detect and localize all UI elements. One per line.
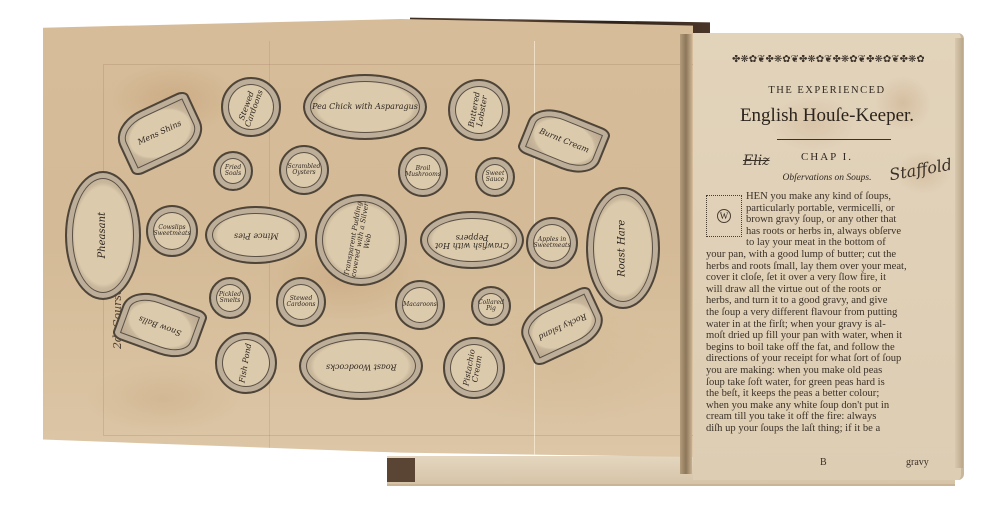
text-page: ✤❋✿❦✤❋✿❦✤❋✿❦✤❋✿❦✤❋✿❦✤❋✿❦ THE EXPERIENCED… (693, 33, 964, 480)
text-line: diſh up your ſoups the laſt thing; if it… (706, 423, 949, 435)
dish-round: Buttered Lobster (448, 79, 510, 141)
text-line: directions of your receipt for what ſort… (706, 353, 949, 365)
text-line: the ſoup a very different flavour from p… (706, 307, 949, 319)
text-line: begins to boil take off the fat, and fol… (706, 342, 949, 354)
dish-label: Mens Shins (133, 118, 187, 149)
engraved-plate: 2d. Course Mens Shins Stewed Cardoons Pe… (43, 19, 693, 457)
dish-round: Fish Pond (215, 332, 277, 394)
text-line: has roots or herbs in, always obſerve (706, 226, 949, 238)
text-line: cover it cloſe, ſet it over a very ſlow … (706, 272, 949, 284)
dish-round: Pickled Smelts (209, 277, 251, 319)
dish-round: Collared Pig (471, 286, 511, 326)
text-line: when you make any white ſoup don't put i… (706, 400, 949, 412)
text-line: water in at the firſt; when your gravy i… (706, 319, 949, 331)
dish-label: Cowslips Sweetmeats (148, 225, 196, 238)
dish-label: Buttered Lobster (466, 80, 493, 140)
text-line: to lay your meat in the bottom of (706, 237, 949, 249)
text-line: brown gravy ſoup, or any other that (706, 214, 949, 226)
dish-label: Scrambled Oysters (281, 164, 327, 177)
title-small: THE EXPERIENCED (693, 85, 961, 96)
dish-label: Sweet Sauce (477, 171, 513, 184)
dish-label: Rocky Island (533, 309, 591, 342)
dish-label: Roast Woodcocks (322, 362, 401, 370)
dish-round: Sweet Sauce (475, 157, 515, 197)
dish-round: Transparent Pudding covered with a Silve… (315, 194, 407, 286)
page-stack-edge (955, 38, 963, 468)
dish-label: Collared Pig (473, 300, 509, 313)
body-text: HEN you make any kind of ſoups, particul… (706, 191, 949, 434)
dish-round: Broil Mushrooms (398, 147, 448, 197)
text-line: you are making: when you make old peas (706, 365, 949, 377)
text-line: herbs, and turn it to a good gravy, and … (706, 295, 949, 307)
dish-oval: Roast Hare (586, 187, 660, 309)
dish-round: Scrambled Oysters (279, 145, 329, 195)
dish-oval: Pea Chick with Asparagus (303, 74, 427, 140)
dish-oval: Pheasant (65, 171, 141, 300)
text-line: HEN you make any kind of ſoups, (706, 191, 949, 203)
dish-oval: Roast Woodcocks (299, 332, 423, 400)
dish-label: Stewed Cardoons (234, 78, 269, 136)
dish-label: Transparent Pudding covered with a Silve… (343, 195, 380, 285)
dish-label: Fish Pond (238, 339, 255, 388)
title-rule (777, 139, 891, 140)
text-line: will draw all the virtue out of the root… (706, 284, 949, 296)
text-line: particularly portable, vermicelli, or (706, 203, 949, 215)
dish-round: Stewed Cardoons (221, 77, 281, 137)
text-line: your pan, with a good lump of butter; cu… (706, 249, 949, 261)
dish-label: Snow Balls (134, 312, 186, 338)
dish-label: Pistachio Cream (461, 338, 488, 398)
dish-round: Fried Soals (213, 151, 253, 191)
dish-round: Macaroons (395, 280, 445, 330)
dish-label: Pheasant (98, 208, 109, 263)
head-ornament: ✤❋✿❦✤❋✿❦✤❋✿❦✤❋✿❦✤❋✿❦✤❋✿❦ (732, 55, 924, 65)
dish-label: Broil Mushrooms (400, 166, 446, 179)
dish-round: Apples in Sweetmeats (526, 217, 578, 269)
text-line: herbs and roots ſmall, lay them over you… (706, 261, 949, 273)
dish-label: Mince Pies (230, 231, 282, 239)
signature-mark: B (820, 457, 827, 468)
text-line: cream till you take it off the fire: alw… (706, 411, 949, 423)
spine-gutter (680, 34, 692, 474)
dish-label: Stewed Cardoons (278, 296, 324, 309)
dish-label: Burnt Cream (534, 126, 594, 157)
dish-label: Crawfish with Hot Peppers (422, 232, 522, 249)
dish-label: Pea Chick with Asparagus (308, 103, 422, 111)
dish-label: Apples in Sweetmeats (528, 237, 576, 250)
dish-round: Cowslips Sweetmeats (146, 205, 198, 257)
dish-label: Macaroons (399, 302, 441, 308)
dish-label: Fried Soals (215, 165, 251, 178)
book-bottom-cover (387, 458, 415, 482)
text-line: ſoup take ſoft water, for green peas har… (706, 377, 949, 389)
dish-oval: Mince Pies (205, 206, 307, 264)
text-line: moſt dried up fill your pan with water, … (706, 330, 949, 342)
catchword: gravy (906, 457, 929, 468)
title-big: English Houſe-Keeper. (693, 105, 961, 127)
text-line: the beſt, it keeps the peas a better col… (706, 388, 949, 400)
dish-round: Pistachio Cream (443, 337, 505, 399)
dish-round: Stewed Cardoons (276, 277, 326, 327)
dish-label: Pickled Smelts (211, 292, 249, 305)
dish-oval: Crawfish with Hot Peppers (420, 211, 524, 269)
dish-label: Roast Hare (618, 215, 629, 280)
